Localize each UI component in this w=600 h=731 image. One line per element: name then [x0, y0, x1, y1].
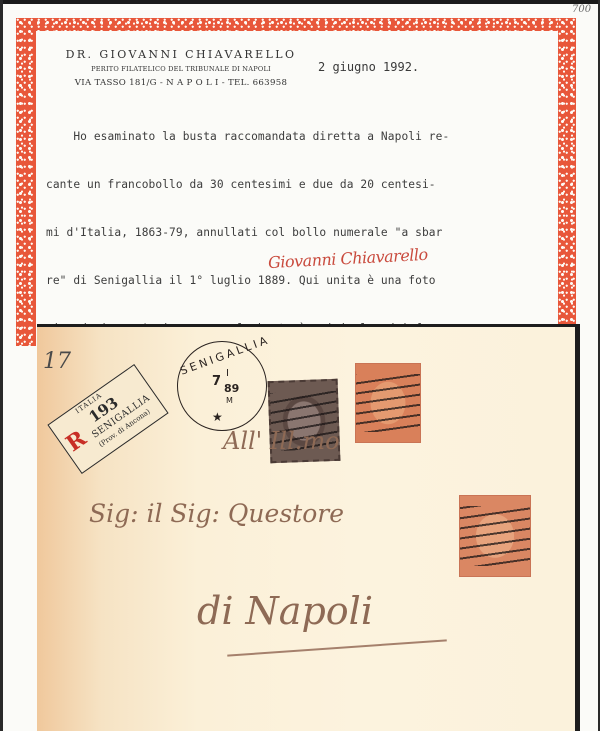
address-line: di Napoli [197, 589, 373, 633]
expert-address: VIA TASSO 181/G - N A P O L I - TEL. 663… [56, 78, 306, 88]
cancellation-bars [460, 506, 530, 566]
expert-name: DR. GIOVANNI CHIAVARELLO [56, 48, 306, 61]
stamp-20-centesimi [355, 363, 421, 443]
postmark-day: 7 [212, 374, 221, 389]
expert-role: PERITO FILATELICO DEL TRIBUNALE DI NAPOL… [56, 65, 306, 73]
postmark-time: M [226, 396, 233, 405]
registration-letter: R [61, 425, 91, 457]
address-line: All' Ill.mo [223, 427, 340, 455]
stamp-20-centesimi [459, 495, 531, 577]
decorative-border-left [16, 18, 36, 346]
text-line: mi d'Italia, 1863-79, annullati col boll… [46, 225, 558, 241]
envelope-photo: 17 R ITALIA 193 SENIGALLIA (Prov. di Anc… [37, 324, 580, 731]
address-line: Sig: il Sig: Questore [89, 499, 344, 528]
text-line: Ho esaminato la busta raccomandata diret… [46, 129, 558, 145]
text-line: re" di Senigallia il 1° luglio 1889. Qui… [46, 273, 558, 289]
postmark-city: SENIGALLIA [178, 335, 265, 377]
cancellation-bars [356, 374, 420, 432]
postmark-year: 89 [224, 382, 239, 395]
photo-frame-top [0, 0, 600, 4]
registration-label: R ITALIA 193 SENIGALLIA (Prov. di Ancona… [47, 364, 168, 474]
decorative-border-top [16, 18, 576, 31]
decorative-border-right [558, 18, 576, 328]
text-line: cante un francobollo da 30 centesimi e d… [46, 177, 558, 193]
pencil-mark: 17 [43, 349, 71, 374]
letterhead: DR. GIOVANNI CHIAVARELLO PERITO FILATELI… [56, 48, 306, 88]
star-icon: ★ [212, 410, 223, 424]
corner-pencil-note: 700 [572, 4, 591, 15]
certificate-date: 2 giugno 1992. [318, 60, 419, 74]
postmark-month: I [226, 368, 229, 379]
address-underline [227, 639, 447, 656]
photo-frame-left [0, 0, 3, 731]
postmark: SENIGALLIA 7 I 89 M ★ [177, 341, 267, 431]
